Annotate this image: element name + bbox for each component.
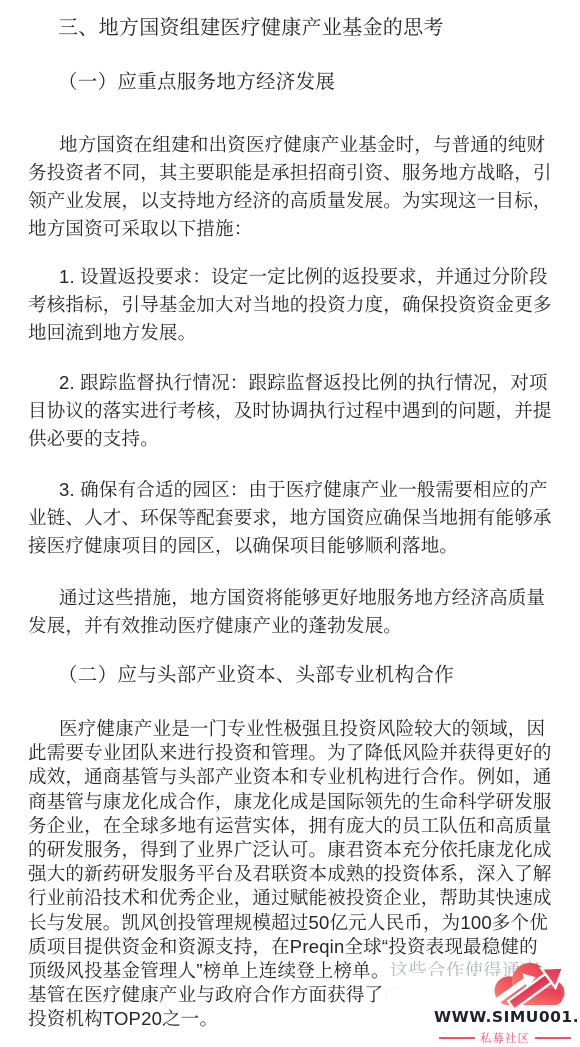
text-line: 3. 确保有合适的园区：由于医疗健康产业一般需要相应的产 [28, 476, 552, 504]
text-line: 务投资者不同，其主要职能是承担招商引资、服务地方战略，引 [28, 159, 552, 187]
text-line: 地方国资在组建和出资医疗健康产业基金时，与普通的纯财 [28, 131, 552, 159]
watermark-tagline-row: 私募社区 [434, 1030, 576, 1046]
text-line: 2. 跟踪监督执行情况：跟踪监督返投比例的执行情况，对项 [28, 369, 552, 397]
tagline-divider-left [439, 1037, 475, 1039]
text-line: 医疗健康产业是一门专业性极强且投资风险较大的领域，因 [28, 717, 552, 741]
article-page: 三、地方国资组建医疗健康产业基金的思考 （一）应重点服务地方经济发展 地方国资在… [0, 0, 580, 1047]
text-segment: 顶级风投基金管理人”榜单上连续登上榜单。 [28, 960, 390, 981]
section-2-heading: （二）应与头部产业资本、头部专业机构合作 [58, 661, 454, 689]
text-line: 供必要的支持。 [28, 425, 552, 453]
tagline-divider-right [535, 1037, 571, 1039]
text-line: 成效，通商基管与头部产业资本和专业机构进行合作。例如，通 [28, 765, 552, 789]
text-line: 领产业发展，以支持地方经济的高质量发展。为实现这一目标， [28, 187, 552, 215]
section-1-intro-paragraph: 地方国资在组建和出资医疗健康产业基金时，与普通的纯财 务投资者不同，其主要职能是… [28, 131, 552, 243]
watermark-tagline: 私募社区 [480, 1030, 530, 1046]
watermark-site-url: WWW.SIMU001.CN [434, 1008, 576, 1026]
measure-item-1: 1. 设置返投要求：设定一定比例的返投要求，并通过分阶段 考核指标，引导基金加大… [28, 263, 552, 347]
text-line: 商基管与康龙化成合作，康龙化成是国际领先的生命科学研发服 [28, 790, 552, 814]
section-1-closing-paragraph: 通过这些措施，地方国资将能够更好地服务地方经济高质量 发展，并有效推动医疗健康产… [28, 584, 545, 640]
text-line: 发展，并有效推动医疗健康产业的蓬勃发展。 [28, 612, 545, 640]
page-title: 三、地方国资组建医疗健康产业基金的思考 [58, 14, 444, 42]
measure-item-3: 3. 确保有合适的园区：由于医疗健康产业一般需要相应的产 业链、人才、环保等配套… [28, 476, 552, 560]
section-1-heading: （一）应重点服务地方经济发展 [58, 68, 335, 96]
text-line: 业链、人才、环保等配套要求，地方国资应确保当地拥有能够承 [28, 504, 552, 532]
text-line: 1. 设置返投要求：设定一定比例的返投要求，并通过分阶段 [28, 263, 552, 291]
text-line: 务企业，在全球多地有运营实体，拥有庞大的员工队伍和高质量 [28, 814, 552, 838]
text-line: 地方国资可采取以下措施： [28, 215, 552, 243]
text-line: 地回流到地方发展。 [28, 319, 552, 347]
text-line: 质项目提供资金和资源支持，在Preqin全球“投资表现最稳健的 [28, 935, 552, 959]
text-line: 目协议的落实进行考核，及时协调执行过程中遇到的问题，并提 [28, 397, 552, 425]
text-line: 通过这些措施，地方国资将能够更好地服务地方经济高质量 [28, 584, 545, 612]
text-line: 行业前沿技术和优秀企业，通过赋能被投资企业，帮助其快速成 [28, 886, 552, 910]
text-line: 长与发展。凯风创投管理规模超过50亿元人民币，为100多个优 [28, 911, 552, 935]
watermark: WWW.SIMU001.CN 私募社区 [384, 976, 580, 1047]
text-line: 的研发服务，得到了业界广泛认可。康君资本充分依托康龙化成 [28, 838, 552, 862]
text-line: 此需要专业团队来进行投资和管理。为了降低风险并获得更好的 [28, 741, 552, 765]
text-line: 考核指标，引导基金加大对当地的投资力度，确保投资资金更多 [28, 291, 552, 319]
text-line: 接医疗健康项目的园区，以确保项目能够顺利落地。 [28, 532, 552, 560]
cloud-trend-arrows-icon [484, 954, 576, 1012]
text-line: 强大的新药研发服务平台及君联资本成熟的投资体系，深入了解 [28, 862, 552, 886]
measure-item-2: 2. 跟踪监督执行情况：跟踪监督返投比例的执行情况，对项 目协议的落实进行考核，… [28, 369, 552, 453]
